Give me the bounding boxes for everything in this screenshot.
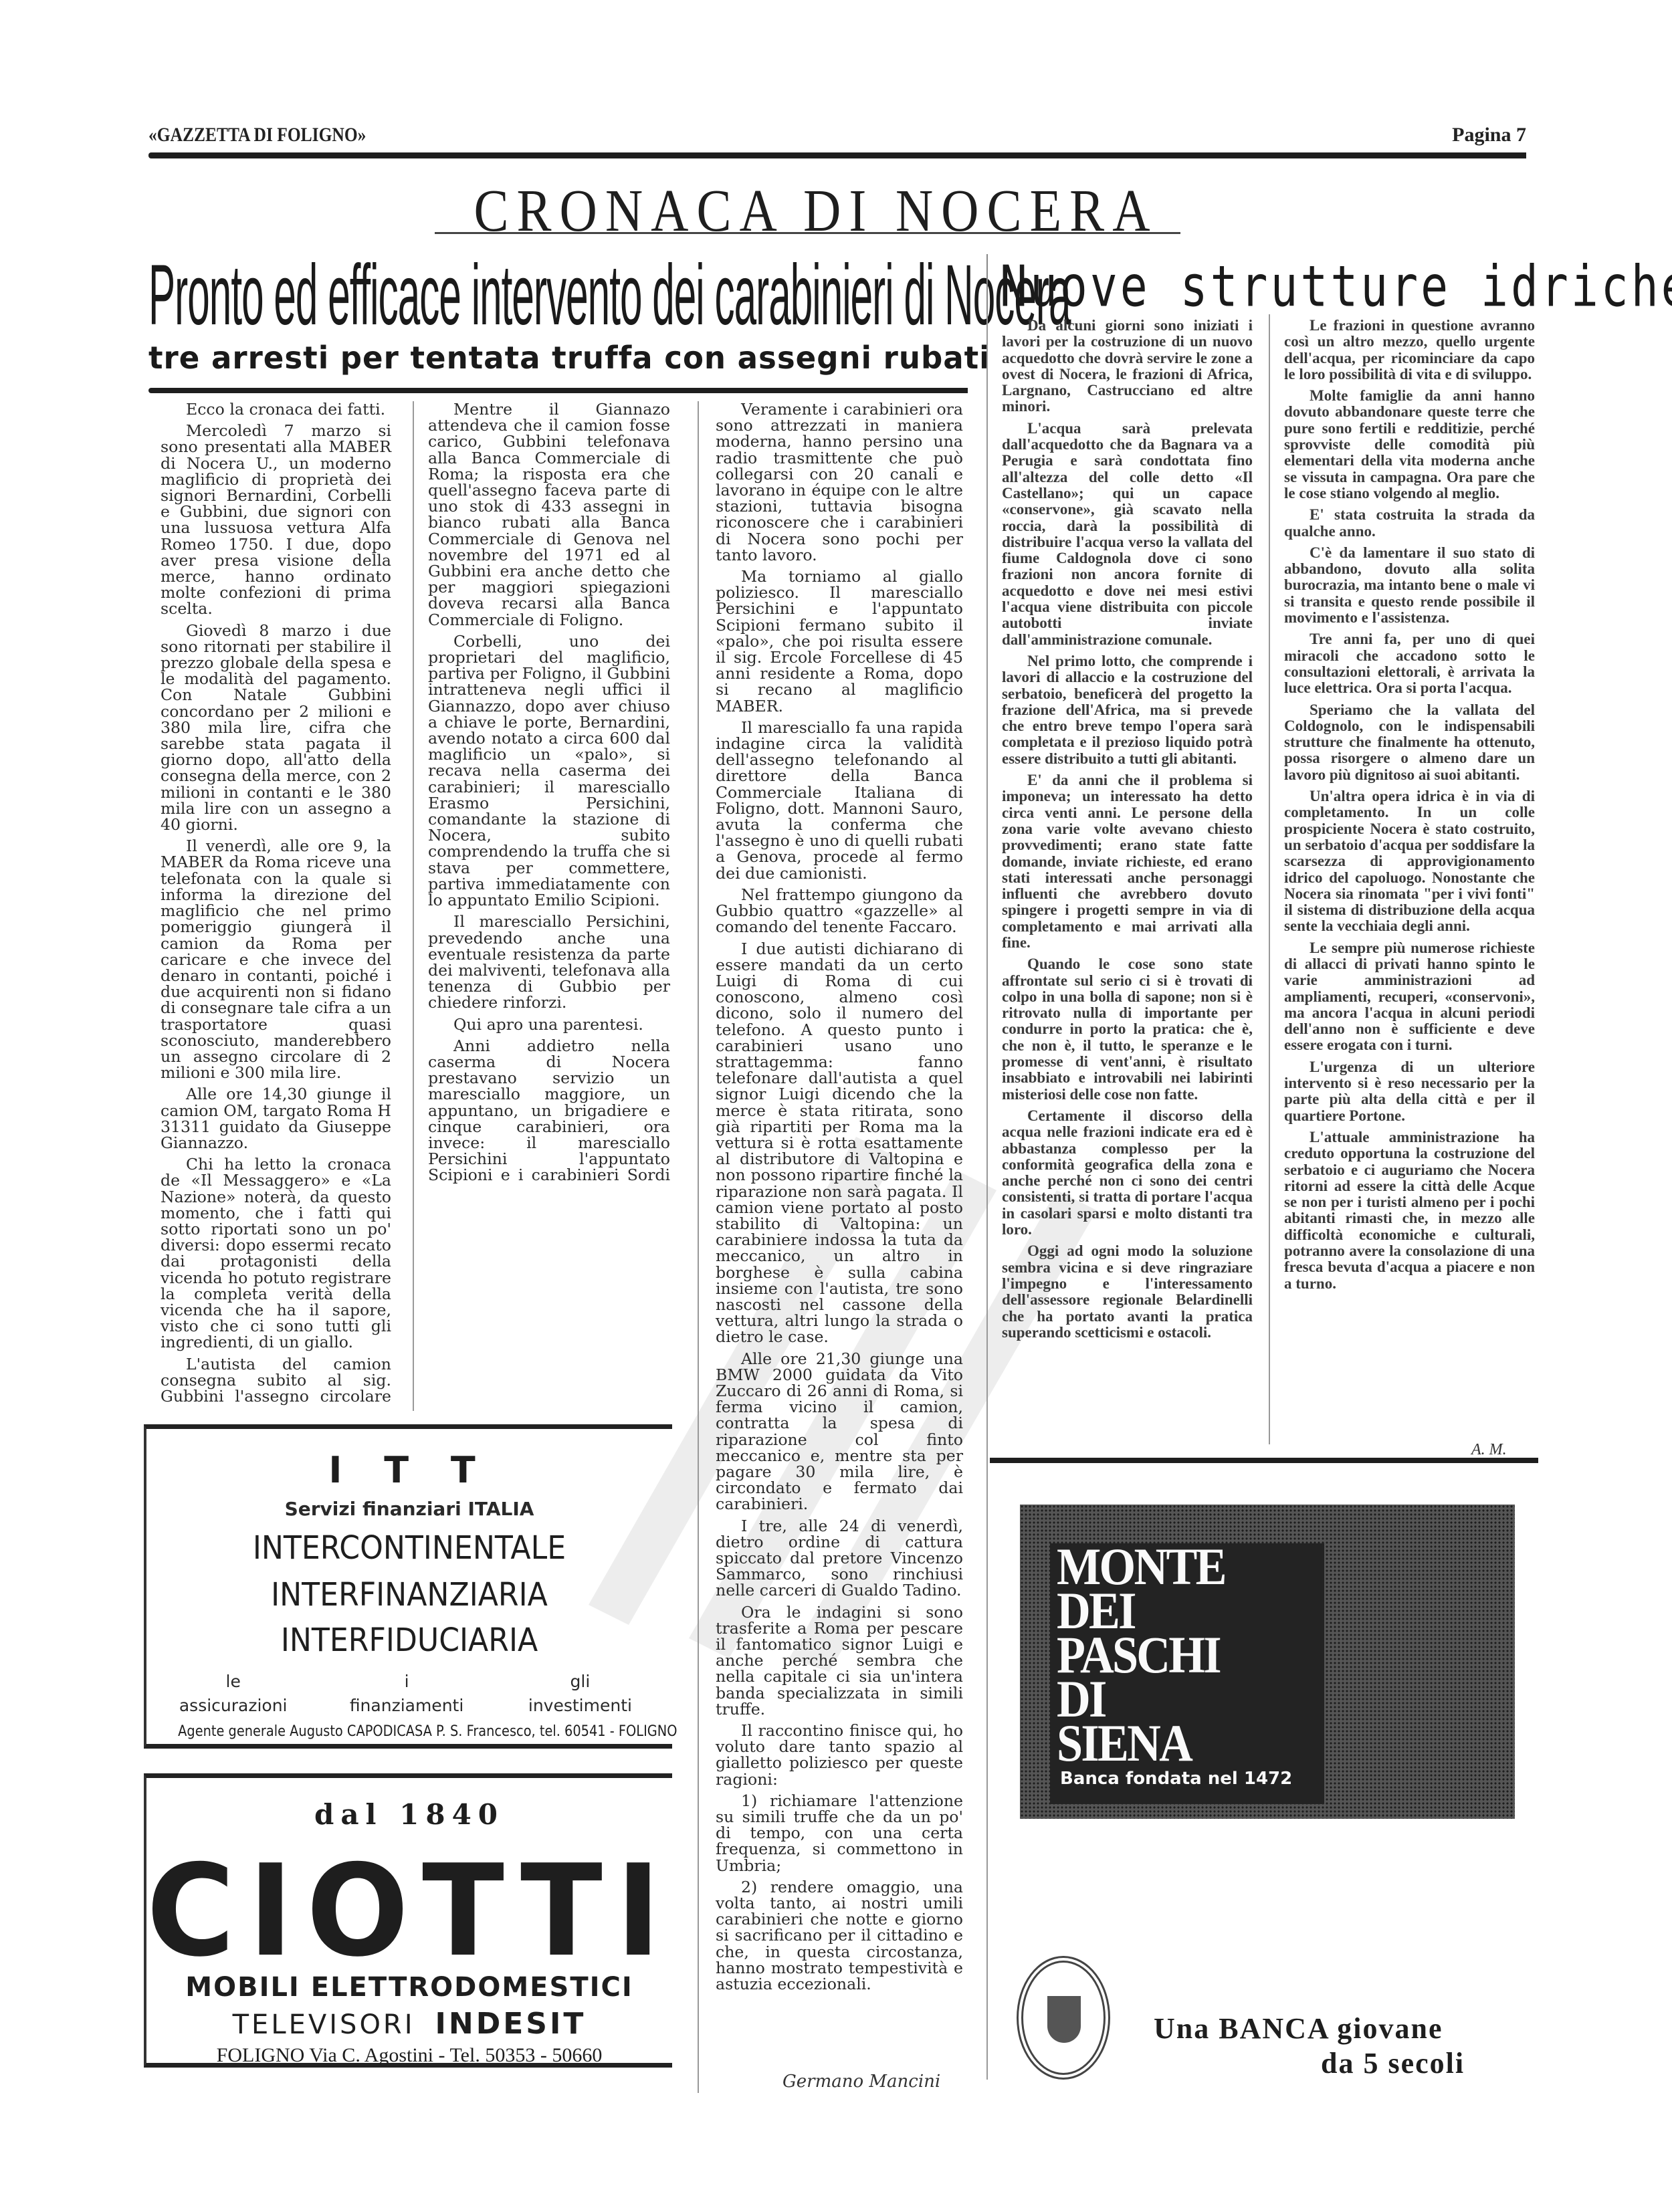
paragraph: Nel frattempo giungono da Gubbio quattro… [716, 887, 963, 935]
paragraph: 1) richiamare l'attenzione su simili tru… [716, 1793, 963, 1874]
paragraph: L'attuale amministrazione ha creduto opp… [1284, 1129, 1535, 1292]
service-article: gli [494, 1670, 667, 1694]
article-carabinieri-column-1: Ecco la cronaca dei fatti. Mercoledì 7 m… [161, 401, 391, 1411]
paragraph: Veramente i carabinieri ora sono attrezz… [716, 401, 963, 563]
paragraph: Molte famiglie da anni hanno dovuto abba… [1284, 388, 1535, 502]
service-article: i [320, 1670, 493, 1694]
mps-title: MONTE DEI PASCHI DI SIENA [1057, 1545, 1297, 1765]
paragraph: Alle ore 21,30 giunge una BMW 2000 guida… [716, 1351, 963, 1513]
service-label: assicurazioni [146, 1694, 320, 1718]
ciotti-brand: INDESIT [435, 2007, 587, 2041]
ciotti-logo: CIOTTI [146, 1838, 672, 1985]
itt-company-name: INTERFINANZIARIA [167, 1576, 651, 1614]
section-title: CRONACA DI NOCERA [428, 176, 1204, 245]
ciotti-tv-label: TELEVISORI [233, 2009, 415, 2040]
paragraph: Nel primo lotto, che comprende i lavori … [1002, 653, 1253, 767]
paragraph: Quando le cose sono state affrontate sul… [1002, 956, 1253, 1103]
mps-slogan: da 5 secoli [1321, 2046, 1465, 2080]
paragraph: Anni addietro nella caserma di Nocera pr… [428, 1038, 670, 1185]
article-subheadline-carabinieri: tre arresti per tentata truffa con asseg… [148, 340, 964, 376]
paragraph: Tre anni fa, per uno di quei miracoli ch… [1284, 631, 1535, 696]
paragraph: Giovedì 8 marzo i due sono ritornati per… [161, 623, 391, 833]
advertisement-ciotti: dal 1840 CIOTTI MOBILI ELETTRODOMESTICI … [144, 1773, 672, 2068]
paragraph: L'acqua sarà prelevata dall'acquedotto c… [1002, 421, 1253, 648]
paragraph: Il maresciallo Persichini, prevedendo an… [428, 913, 670, 1010]
section-rule [990, 1458, 1538, 1463]
mps-seal-icon [1017, 1956, 1110, 2080]
column-divider [413, 401, 414, 1411]
ciotti-address: FOLIGNO Via C. Agostini - Tel. 50353 - 5… [146, 2044, 672, 2067]
paragraph: Il maresciallo fa una rapida indagine ci… [716, 720, 963, 881]
itt-company-name: INTERFIDUCIARIA [167, 1622, 651, 1659]
paragraph: I tre, alle 24 di venerdì, dietro ordine… [716, 1518, 963, 1599]
mps-slogan: Una BANCA giovane [1154, 2011, 1443, 2045]
paragraph: L'autista del camion consegna subito al … [161, 1356, 391, 1406]
headline-rule [148, 388, 968, 393]
article-idriche-column-1: Da alcuni giorni sono iniziati i lavori … [1002, 318, 1253, 1346]
paragraph: Certamente il discorso della acqua nelle… [1002, 1108, 1253, 1238]
itt-subtitle: Servizi finanziari ITALIA [146, 1498, 672, 1520]
paragraph: Il raccontino finisce qui, ho voluto dar… [716, 1723, 963, 1787]
paragraph: Ma torniamo al giallo poliziesco. Il mar… [716, 568, 963, 714]
paragraph: Qui apro una parentesi. [428, 1016, 670, 1032]
paragraph: Oggi ad ogni modo la soluzione sembra vi… [1002, 1243, 1253, 1341]
ciotti-tv-line: TELEVISORIINDESIT [146, 2007, 672, 2041]
column-divider [1269, 314, 1270, 1444]
itt-service: i finanziamenti [320, 1670, 493, 1718]
paragraph: L'urgenza di un ulteriore intervento si … [1284, 1059, 1535, 1124]
paragraph: Alle ore 14,30 giunge il camion OM, targ… [161, 1086, 391, 1151]
mps-title-line: SIENA [1057, 1721, 1297, 1765]
paragraph: Le frazioni in questione avranno così un… [1284, 318, 1535, 382]
service-article: le [146, 1670, 320, 1694]
author-signature: Germano Mancini [782, 2072, 940, 2092]
itt-logo: I T T [146, 1449, 672, 1491]
paragraph: C'è da lamentare il suo stato di abbando… [1284, 545, 1535, 626]
service-label: investimenti [494, 1694, 667, 1718]
paragraph: Da alcuni giorni sono iniziati i lavori … [1002, 318, 1253, 415]
itt-service: gli investimenti [494, 1670, 667, 1718]
ciotti-since: dal 1840 [146, 1798, 672, 1831]
mps-tagline: Banca fondata nel 1472 [1060, 1769, 1292, 1789]
column-divider [986, 314, 988, 2080]
page-number: Pagina 7 [1452, 124, 1526, 146]
advertisement-itt: I T T Servizi finanziari ITALIA INTERCON… [144, 1424, 672, 1749]
paragraph: Chi ha letto la cronaca de «Il Messagger… [161, 1156, 391, 1350]
newspaper-masthead: «GAZZETTA DI FOLIGNO» [148, 124, 366, 146]
paragraph: Ora le indagini si sono trasferite a Rom… [716, 1604, 963, 1717]
itt-company-name: INTERCONTINENTALE [167, 1529, 651, 1567]
paragraph: I due autisti dichiarano di essere manda… [716, 941, 963, 1345]
article-carabinieri-column-2: Mentre il Giannazo attendeva che il cami… [428, 401, 670, 1190]
paragraph: Le sempre più numerose richieste di alla… [1284, 940, 1535, 1054]
advertisement-mps: MONTE DEI PASCHI DI SIENA Banca fondata … [1020, 1505, 1515, 1819]
paragraph: Ecco la cronaca dei fatti. [161, 401, 391, 417]
mps-seal-emblem [1047, 1996, 1081, 2043]
column-divider [698, 401, 699, 2093]
paragraph: Mentre il Giannazo attendeva che il cami… [428, 401, 670, 628]
paragraph: Speriamo che la vallata del Coldognolo, … [1284, 702, 1535, 783]
paragraph: Il venerdì, alle ore 9, la MABER da Roma… [161, 838, 391, 1081]
paragraph: Un'altra opera idrica è in via di comple… [1284, 788, 1535, 935]
section-title-underline [435, 232, 1180, 234]
ciotti-products: MOBILI ELETTRODOMESTICI [146, 1972, 672, 2003]
service-label: finanziamenti [320, 1694, 493, 1718]
header-rule [148, 152, 1526, 158]
article-carabinieri-column-3: Veramente i carabinieri ora sono attrezz… [716, 401, 963, 1997]
article-headline-carabinieri: Pronto ed efficace intervento dei carabi… [148, 253, 540, 346]
paragraph: E' stata costruita la strada da qualche … [1284, 507, 1535, 540]
itt-agent-info: Agente generale Augusto CAPODICASA P. S.… [178, 1723, 641, 1740]
paragraph: 2) rendere omaggio, una volta tanto, ai … [716, 1879, 963, 1992]
itt-service: le assicurazioni [146, 1670, 320, 1718]
paragraph: E' da anni che il problema si imponeva; … [1002, 772, 1253, 951]
paragraph: Corbelli, uno dei proprietari del maglif… [428, 633, 670, 908]
author-signature: A. M. [1471, 1441, 1507, 1459]
article-idriche-column-2: Le frazioni in questione avranno così un… [1284, 318, 1535, 1297]
article-headline-idriche: Nuove strutture idriche [1000, 254, 1535, 320]
paragraph: Mercoledì 7 marzo si sono presentati all… [161, 423, 391, 617]
